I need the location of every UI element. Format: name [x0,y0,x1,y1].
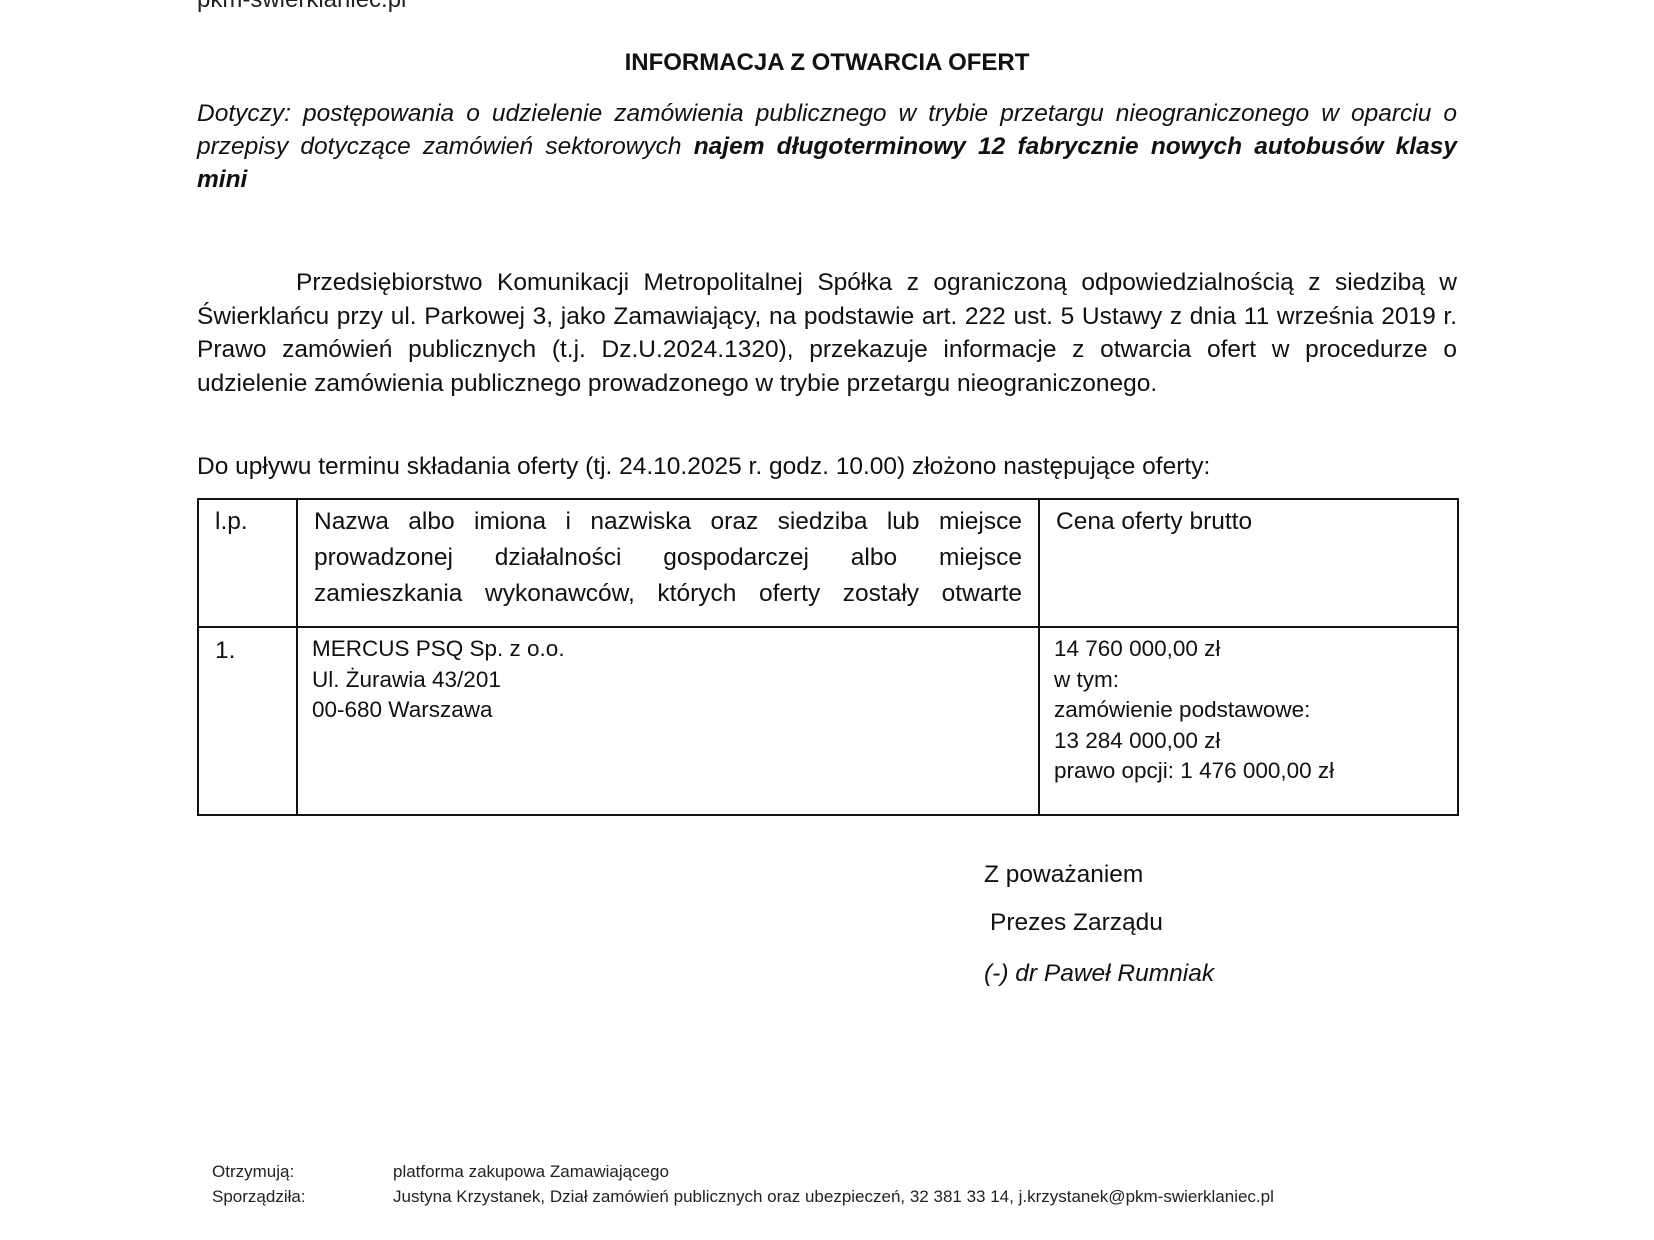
signature-greeting: Z poważaniem [984,860,1143,890]
offers-table: l.p. Nazwa albo imiona i nazwiska oraz s… [197,498,1459,816]
body-paragraph: Przedsiębiorstwo Komunikacji Metropolita… [197,266,1457,400]
row-contractor: MERCUS PSQ Sp. z o.o. Ul. Żurawia 43/201… [297,627,1039,815]
offers-table-header-row: l.p. Nazwa albo imiona i nazwiska oraz s… [198,499,1458,627]
signature-name: (-) dr Paweł Rumniak [984,959,1214,989]
table-row: 1. MERCUS PSQ Sp. z o.o. Ul. Żurawia 43/… [198,627,1458,815]
footer-prepared-by-label: Sporządziła: [212,1186,306,1208]
row-lp: 1. [198,627,297,815]
contractor-city: 00-680 Warszawa [312,695,1024,726]
price-basic-label: zamówienie podstawowe: [1054,695,1443,726]
price-basic-value: 13 284 000,00 zł [1054,726,1443,757]
column-header-contractor: Nazwa albo imiona i nazwiska oraz siedzi… [297,499,1039,627]
column-header-lp: l.p. [198,499,297,627]
offers-lead-line: Do upływu terminu składania oferty (tj. … [197,452,1457,482]
header-url-fragment: pkm-swierklaniec.pl [197,0,406,14]
price-including-label: w tym: [1054,665,1443,696]
signature-role: Prezes Zarządu [990,908,1163,938]
subject-paragraph: Dotyczy: postępowania o udzielenie zamów… [197,97,1457,196]
document-title: INFORMACJA Z OTWARCIA OFERT [197,48,1457,78]
row-price: 14 760 000,00 zł w tym: zamówienie podst… [1039,627,1458,815]
column-header-price: Cena oferty brutto [1039,499,1458,627]
footer-recipients-value: platforma zakupowa Zamawiającego [393,1161,669,1183]
price-option: prawo opcji: 1 476 000,00 zł [1054,756,1443,787]
footer-prepared-by-value: Justyna Krzystanek, Dział zamówień publi… [393,1186,1274,1208]
contractor-name: MERCUS PSQ Sp. z o.o. [312,634,1024,665]
contractor-street: Ul. Żurawia 43/201 [312,665,1024,696]
footer-recipients-label: Otrzymują: [212,1161,294,1183]
price-total: 14 760 000,00 zł [1054,634,1443,665]
